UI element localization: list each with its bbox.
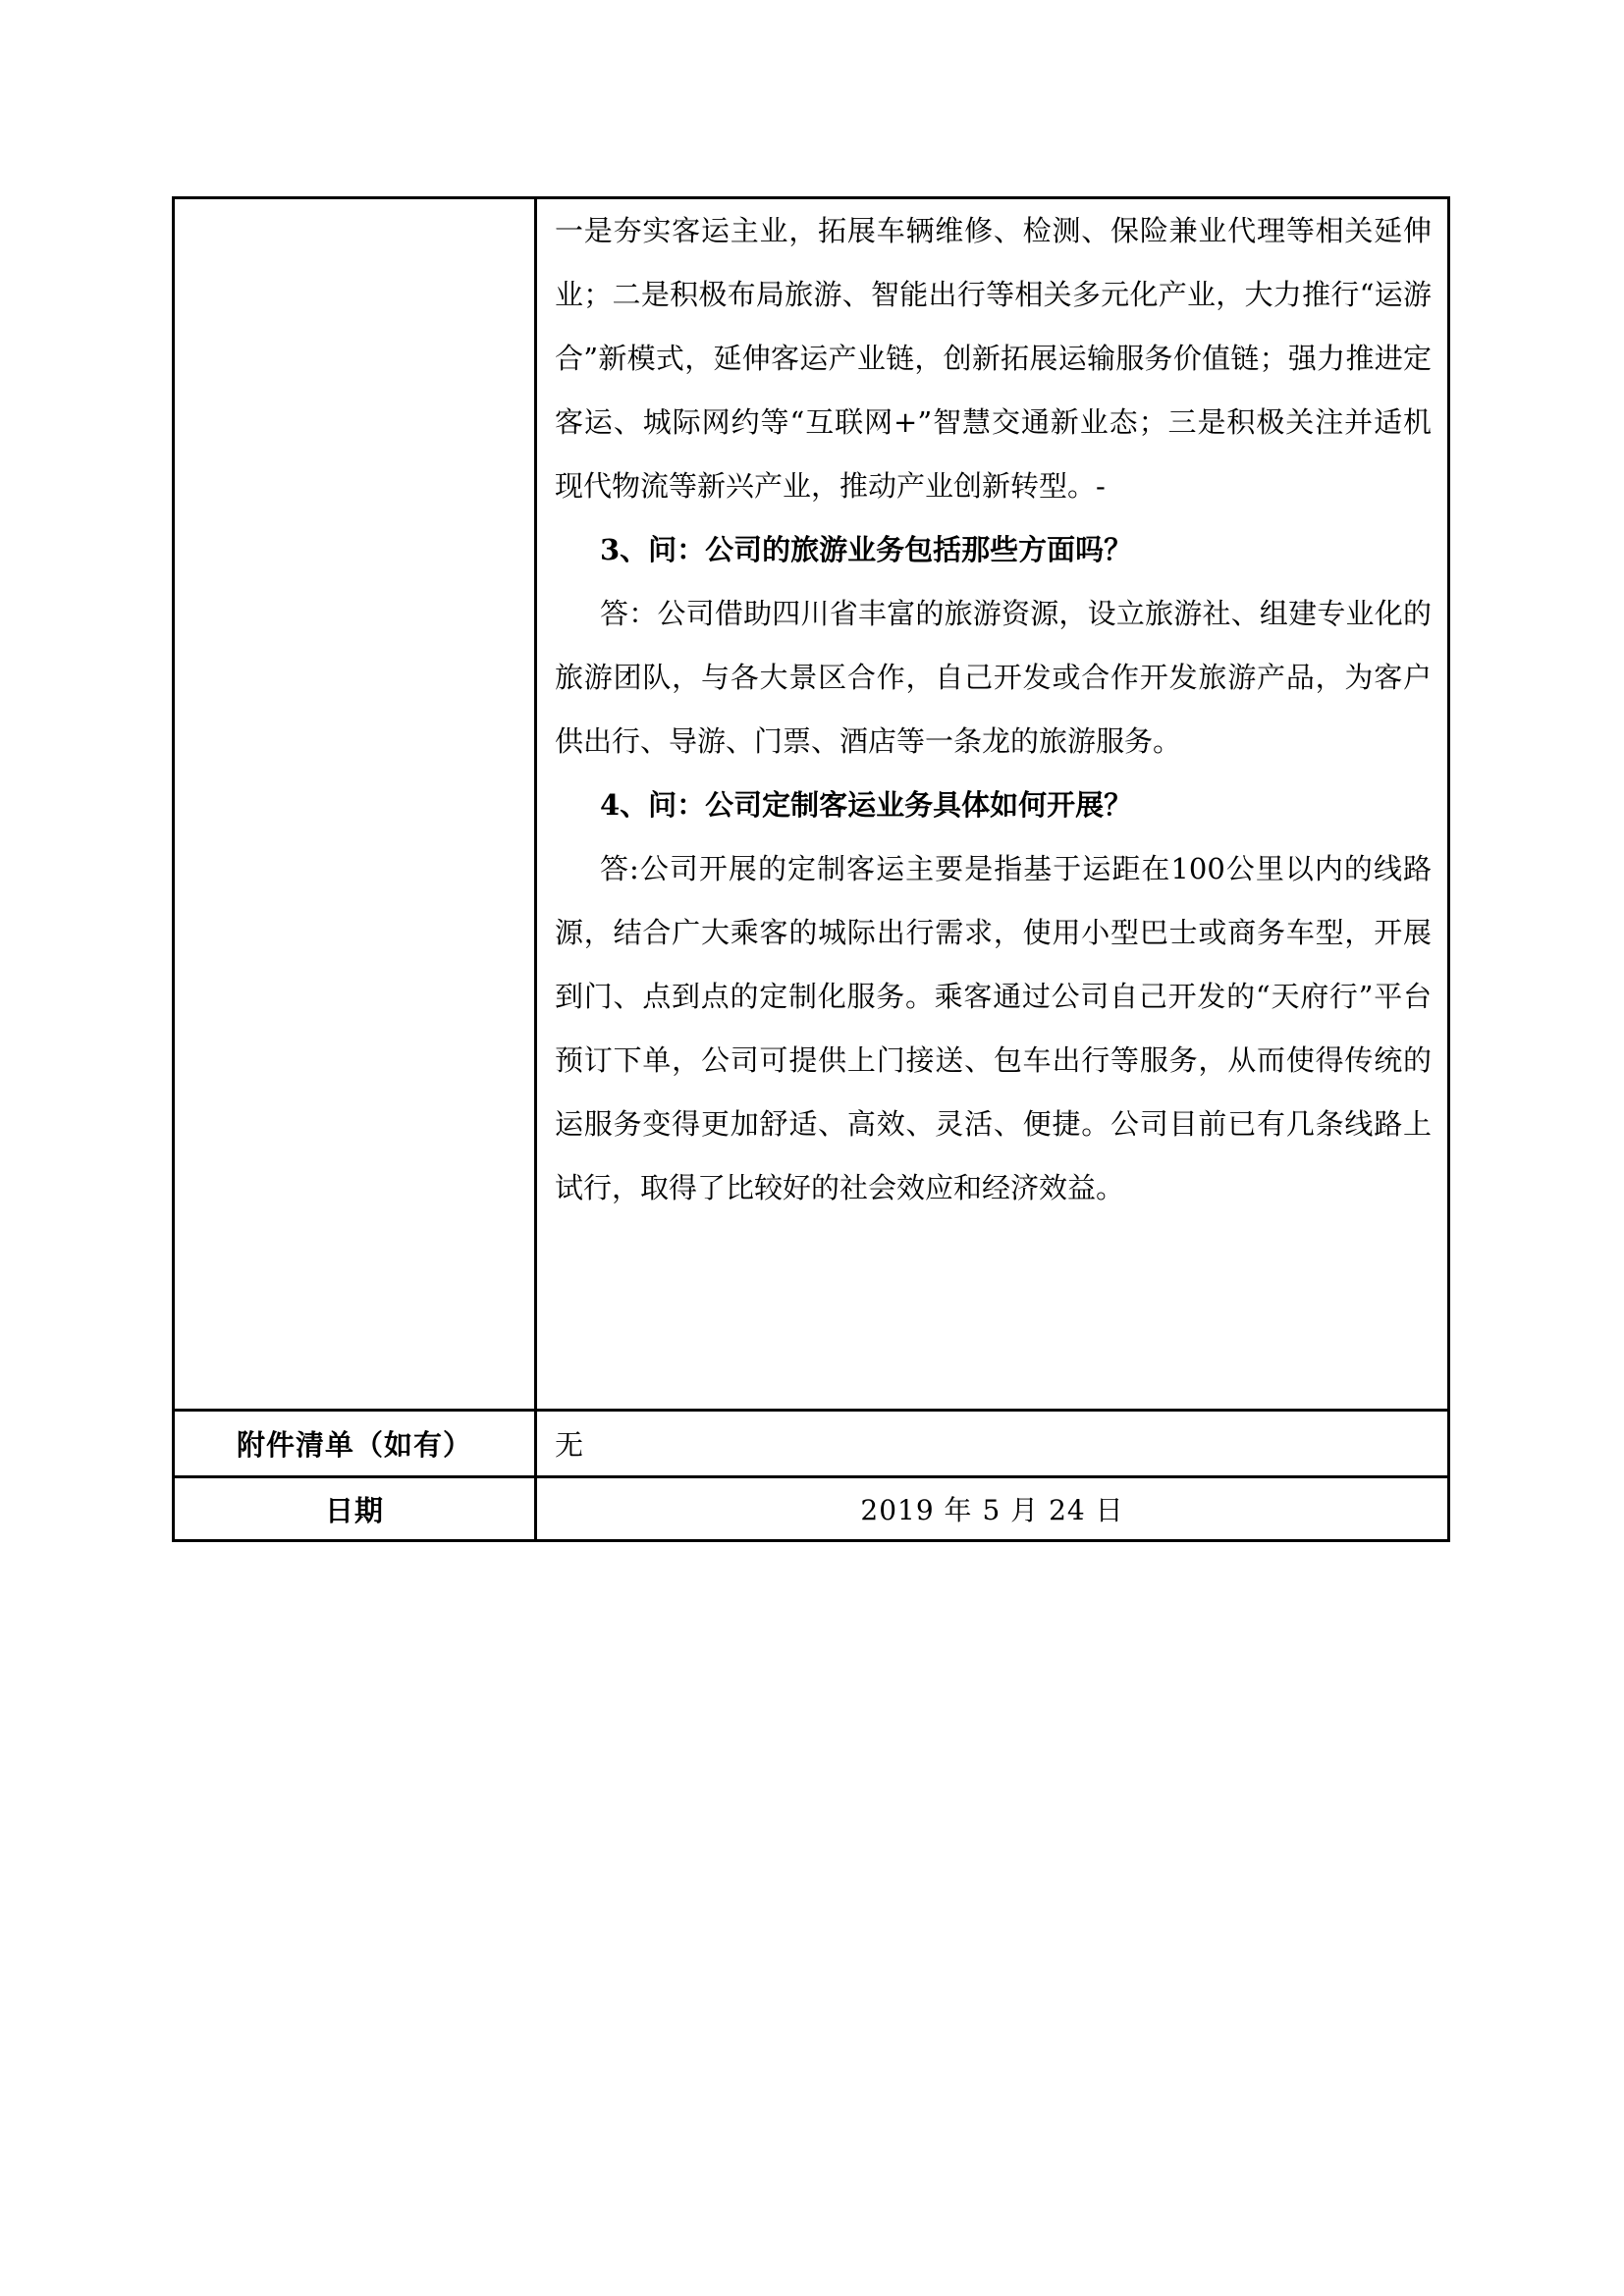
document-page: 一是夯实客运主业，拓展车辆维修、检测、保险兼业代理等相关延伸产 业；二是积极布局… xyxy=(0,0,1624,2296)
qa-line: 现代物流等新兴产业，推动产业创新转型。- xyxy=(555,454,1432,518)
qa-line: 源，结合广大乘客的城际出行需求，使用小型巴士或商务车型，开展门 xyxy=(555,901,1432,965)
qa-line: 业；二是积极布局旅游、智能出行等相关多元化产业，大力推行“运游结 xyxy=(555,263,1432,327)
date-row: 日期 2019 年 5 月 24 日 xyxy=(175,1475,1447,1539)
qa-row-label-cell-empty xyxy=(175,199,537,1409)
qa-line: 预订下单，公司可提供上门接送、包车出行等服务，从而使得传统的客 xyxy=(555,1029,1432,1093)
attachment-list-row: 附件清单（如有） 无 xyxy=(175,1409,1447,1475)
qa-line: 到门、点到点的定制化服务。乘客通过公司自己开发的“天府行”平台 xyxy=(555,965,1432,1029)
attachment-list-value: 无 xyxy=(537,1412,1447,1475)
qa-line: 供出行、导游、门票、酒店等一条龙的旅游服务。 xyxy=(555,710,1432,774)
qa-question-line: 3、问：公司的旅游业务包括那些方面吗？ xyxy=(555,518,1432,582)
qa-line: 答：公司借助四川省丰富的旅游资源，设立旅游社、组建专业化的 xyxy=(555,582,1432,646)
qa-line: 合”新模式，延伸客运产业链，创新拓展运输服务价值链；强力推进定制 xyxy=(555,327,1432,391)
date-value: 2019 年 5 月 24 日 xyxy=(537,1478,1447,1539)
qa-line: 客运、城际网约等“互联网+”智慧交通新业态；三是积极关注并适机切入 xyxy=(555,391,1432,454)
qa-line: 试行，取得了比较好的社会效应和经济效益。 xyxy=(555,1156,1432,1220)
qa-line: 运服务变得更加舒适、高效、灵活、便捷。公司目前已有几条线路上线 xyxy=(555,1093,1432,1156)
attachment-list-label: 附件清单（如有） xyxy=(175,1412,537,1475)
qa-row-content-cell: 一是夯实客运主业，拓展车辆维修、检测、保险兼业代理等相关延伸产 业；二是积极布局… xyxy=(537,199,1447,1409)
qa-question-line: 4、问：公司定制客运业务具体如何开展？ xyxy=(555,774,1432,837)
qa-row: 一是夯实客运主业，拓展车辆维修、检测、保险兼业代理等相关延伸产 业；二是积极布局… xyxy=(175,199,1447,1409)
qa-line: 一是夯实客运主业，拓展车辆维修、检测、保险兼业代理等相关延伸产 xyxy=(555,199,1432,263)
qa-line: 答:公司开展的定制客运主要是指基于运距在100公里以内的线路资 xyxy=(555,837,1432,901)
qa-line: 旅游团队，与各大景区合作，自己开发或合作开发旅游产品，为客户提 xyxy=(555,646,1432,710)
date-label: 日期 xyxy=(175,1478,537,1539)
details-table: 一是夯实客运主业，拓展车辆维修、检测、保险兼业代理等相关延伸产 业；二是积极布局… xyxy=(172,196,1450,1542)
